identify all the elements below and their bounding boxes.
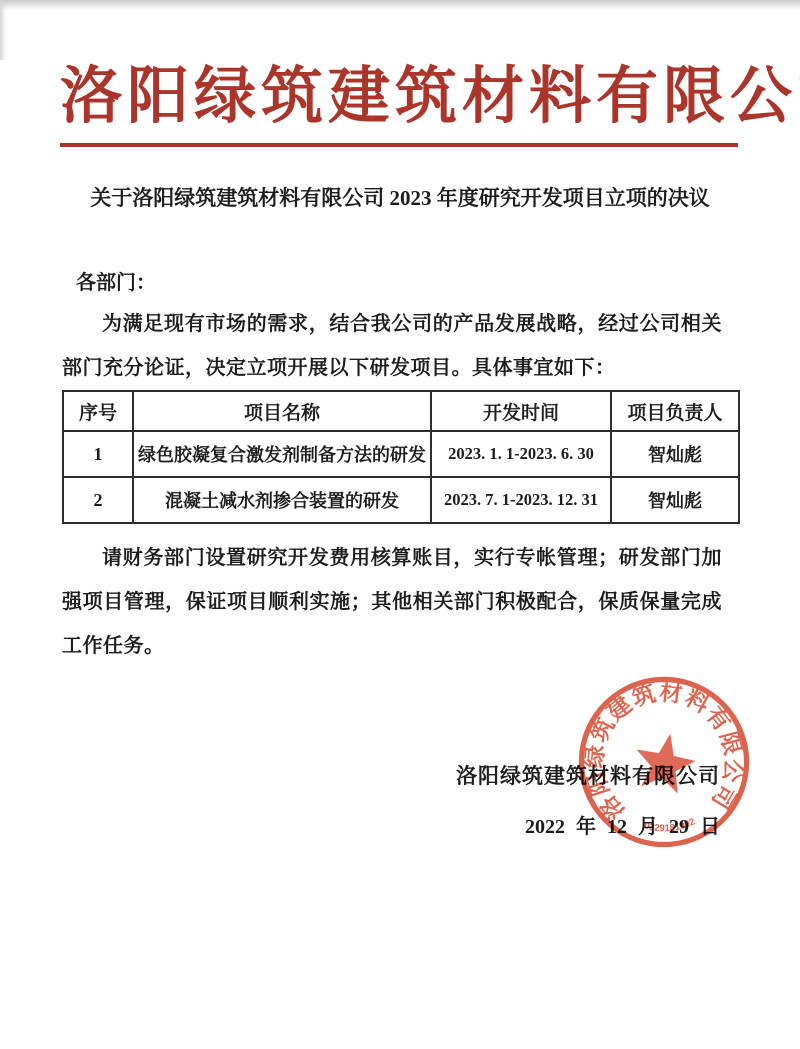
cell-dev-time: 2023. 7. 1-2023. 12. 31 [431, 477, 611, 523]
signature-company: 洛阳绿筑建筑材料有限公司 [456, 760, 720, 790]
svg-text:洛阳绿筑建筑材料有限公司: 洛阳绿筑建筑材料有限公司 [574, 672, 752, 827]
company-title: 洛阳绿筑建筑材料有限公司 [60, 46, 738, 147]
signature-date: 2022 年 12 月 29 日 [505, 810, 740, 839]
scan-edge-artifact [0, 0, 800, 10]
cell-project-name: 绿色胶凝复合激发剂制备方法的研发 [133, 431, 431, 477]
header-project-name: 项目名称 [133, 391, 431, 431]
cell-seq: 2 [63, 477, 133, 523]
closing-paragraph: 请财务部门设置研究开发费用核算账目，实行专帐管理；研发部门加强项目管理，保证项目… [62, 536, 722, 668]
table-row: 1 绿色胶凝复合激发剂制备方法的研发 2023. 1. 1-2023. 6. 3… [63, 431, 739, 477]
table-header-row: 序号 项目名称 开发时间 项目负责人 [63, 391, 739, 431]
document-page: 洛阳绿筑建筑材料有限公司 关于洛阳绿筑建筑材料有限公司 2023 年度研究开发项… [0, 0, 800, 1049]
cell-owner: 智灿彪 [611, 431, 739, 477]
scan-edge-artifact [0, 0, 6, 60]
stamp-arc-text: 洛阳绿筑建筑材料有限公司 [574, 672, 752, 827]
header-dev-time: 开发时间 [431, 391, 611, 431]
header-owner: 项目负责人 [611, 391, 739, 431]
cell-dev-time: 2023. 1. 1-2023. 6. 30 [431, 431, 611, 477]
cell-project-name: 混凝土减水剂掺合装置的研发 [133, 477, 431, 523]
cell-seq: 1 [63, 431, 133, 477]
document-subtitle: 关于洛阳绿筑建筑材料有限公司 2023 年度研究开发项目立项的决议 [40, 182, 760, 212]
intro-paragraph: 为满足现有市场的需求，结合我公司的产品发展战略，经过公司相关部门充分论证，决定立… [62, 302, 722, 390]
header-seq: 序号 [63, 391, 133, 431]
salutation: 各部门： [76, 266, 156, 295]
table-row: 2 混凝土减水剂掺合装置的研发 2023. 7. 1-2023. 12. 31 … [63, 477, 739, 523]
cell-owner: 智灿彪 [611, 477, 739, 523]
projects-table: 序号 项目名称 开发时间 项目负责人 1 绿色胶凝复合激发剂制备方法的研发 20… [62, 390, 740, 524]
